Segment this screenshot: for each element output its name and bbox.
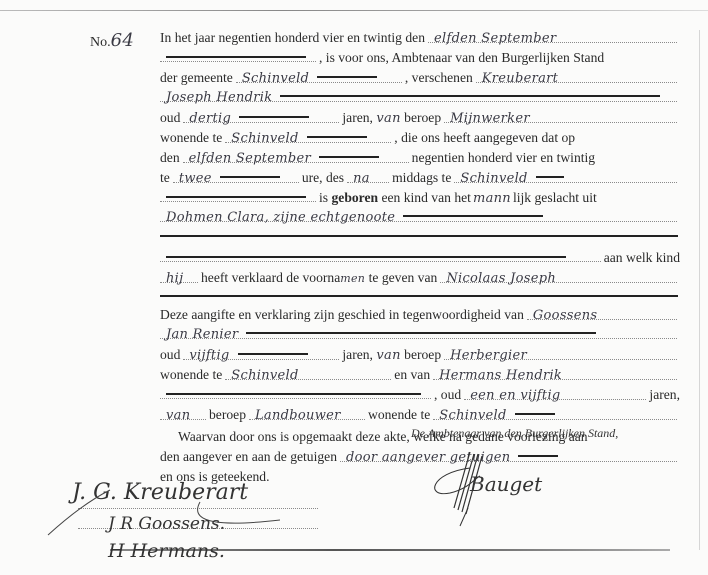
form-line-witness2-occupation: van beroep Landbouwer wonende te Schinve… xyxy=(160,405,680,425)
official-title: De Ambtenaar van den Burgerlijken Stand, xyxy=(411,426,618,441)
handwritten-van: van xyxy=(376,109,400,129)
handwritten-witness1-given-names: Jan Renier xyxy=(160,325,677,339)
printed-text: oud xyxy=(160,108,180,128)
record-number-value: 64 xyxy=(111,30,135,51)
form-line-ambtenaar: , is voor ons, Ambtenaar van den Burgerl… xyxy=(160,48,680,68)
record-number-label: No. xyxy=(90,35,111,50)
page-edge-top xyxy=(0,10,708,11)
handwritten-birth-date: elfden September xyxy=(183,149,409,163)
signature-witness-1: J R Goossens. xyxy=(108,514,225,534)
handwritten-witness2-name: Hermans Hendrik xyxy=(433,366,677,380)
printed-text: , verschenen xyxy=(405,68,473,88)
printed-text: te xyxy=(160,168,170,188)
page-edge-right xyxy=(699,30,700,550)
printed-text: , oud xyxy=(434,385,461,405)
record-number: No.64 xyxy=(90,30,134,51)
handwritten-witness1-occupation: Herbergier xyxy=(444,346,677,360)
printed-text: aan welk kind xyxy=(604,248,680,268)
printed-text: ure, des xyxy=(302,168,344,188)
printed-text: Deze aangifte en verklaring zijn geschie… xyxy=(160,305,524,325)
strike-bar xyxy=(160,235,678,237)
printed-text: middags te xyxy=(392,168,451,188)
handwritten-declarant-surname: Kreuberart xyxy=(476,69,677,83)
printed-text: den aangever en aan de getuigen xyxy=(160,447,337,467)
form-line-tegenwoordigheid: Deze aangifte en verklaring zijn geschie… xyxy=(160,305,680,325)
form-line-date: In het jaar negentien honderd vier en tw… xyxy=(160,28,680,48)
printed-text: en van xyxy=(394,365,430,385)
form-line-gemeente: der gemeente Schinveld , verschenen Kreu… xyxy=(160,68,680,88)
printed-text: jaren, xyxy=(342,108,373,128)
form-line-birth-time: te twee ure, des na middags te Schinveld xyxy=(160,168,680,188)
form-line-voornamen: hij heeft verklaard de voornamen te geve… xyxy=(160,268,680,288)
fill-blank xyxy=(160,385,431,399)
printed-text: wonende te xyxy=(368,405,430,425)
printed-text: den xyxy=(160,148,180,168)
printed-text: In het jaar negentien honderd vier en tw… xyxy=(160,28,425,48)
printed-text: wonende te xyxy=(160,128,222,148)
form-line-geboren: is geboren een kind van het mann lijk ge… xyxy=(160,188,680,208)
form-line-witness1-name: Jan Renier xyxy=(160,325,680,345)
handwritten-mother: Dohmen Clara, zijne echtgenoote xyxy=(160,208,677,222)
handwritten-date: elfden September xyxy=(428,29,677,43)
printed-text: heeft verklaard de voorna xyxy=(201,268,340,288)
handwritten-gender: mann xyxy=(473,189,511,209)
form-line-mother: Dohmen Clara, zijne echtgenoote xyxy=(160,208,680,228)
handwritten-witness2-age: een en vijftig xyxy=(464,386,646,400)
handwritten-residence: Schinveld xyxy=(225,129,391,143)
printed-text: beroep xyxy=(209,405,246,425)
printed-text: beroep xyxy=(404,345,441,365)
form-line-residence: wonende te Schinveld , die ons heeft aan… xyxy=(160,128,680,148)
printed-text: beroep xyxy=(404,108,441,128)
handwritten-hij: hij xyxy=(160,269,198,283)
printed-text: , die ons heeft aangegeven dat op xyxy=(394,128,575,148)
form-line-birth-date: den elfden September negentien honderd v… xyxy=(160,148,680,168)
fill-blank xyxy=(160,248,601,262)
printed-text: der gemeente xyxy=(160,68,233,88)
form-line-witness1-age: oud vijftig jaren, van beroep Herbergier xyxy=(160,345,680,365)
handwritten-witness1-age: vijftig xyxy=(183,346,339,360)
handwritten-van: van xyxy=(160,406,206,420)
handwritten-witness1-surname: Goossens xyxy=(527,306,677,320)
printed-geboren: geboren xyxy=(331,188,378,208)
handwritten-child-names: Nicolaas Joseph xyxy=(440,269,677,283)
printed-text: jaren, xyxy=(342,345,373,365)
handwritten-witness2-occupation: Landbouwer xyxy=(249,406,365,420)
fill-blank xyxy=(160,48,316,62)
handwritten-witness1-residence: Schinveld xyxy=(225,366,391,380)
printed-text: jaren, xyxy=(649,385,680,405)
printed-text: lijk geslacht uit xyxy=(513,188,597,208)
handwritten-na-voor: na xyxy=(347,169,389,183)
printed-text: oud xyxy=(160,345,180,365)
handwritten-birth-place: Schinveld xyxy=(454,169,677,183)
form-line-declarant-name: Joseph Hendrik xyxy=(160,88,680,108)
handwritten-declarant-given-names: Joseph Hendrik xyxy=(160,88,677,102)
form-line-declarant-age: oud dertig jaren, van beroep Mijnwerker xyxy=(160,108,680,128)
handwritten-age: dertig xyxy=(183,109,339,123)
printed-text: negentien honderd vier en twintig xyxy=(412,148,595,168)
signature-witness-2: H Hermans. xyxy=(108,540,225,562)
printed-text: te geven van xyxy=(369,268,438,288)
handwritten-men: men xyxy=(340,269,365,289)
printed-text: wonende te xyxy=(160,365,222,385)
printed-text: is xyxy=(319,188,328,208)
handwritten-occupation: Mijnwerker xyxy=(444,109,677,123)
form-line-witness2-age: , oud een en vijftig jaren, xyxy=(160,385,680,405)
form-line-witness1-residence: wonende te Schinveld en van Hermans Hend… xyxy=(160,365,680,385)
signature-official: Bauget xyxy=(470,472,542,496)
handwritten-van: van xyxy=(376,346,400,366)
handwritten-municipality: Schinveld xyxy=(236,69,402,83)
printed-text: , is voor ons, Ambtenaar van den Burgerl… xyxy=(319,48,604,68)
handwritten-witness2-residence: Schinveld xyxy=(433,406,677,420)
form-line-aan-welk-kind: aan welk kind xyxy=(160,248,680,268)
printed-text: een kind van het xyxy=(381,188,470,208)
fill-blank xyxy=(160,188,316,202)
strike-bar xyxy=(160,295,678,297)
handwritten-hour: twee xyxy=(173,169,299,183)
